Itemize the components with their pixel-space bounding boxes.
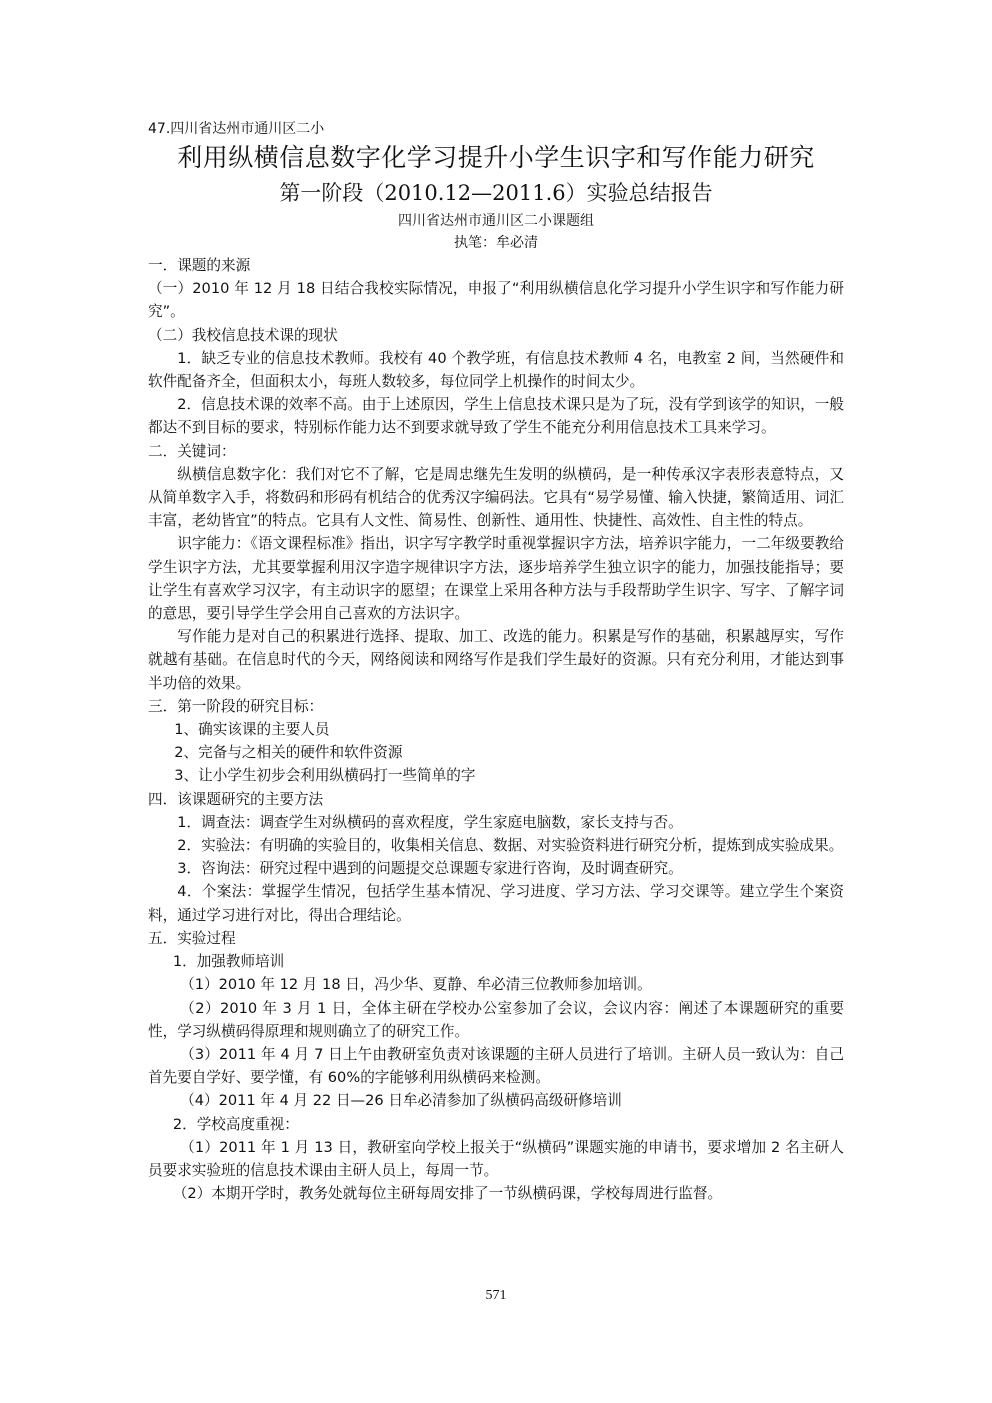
list-item: 3、让小学生初步会利用纵横码打一些简单的字 [148, 764, 844, 787]
section-heading: 二．关键词： [148, 440, 844, 463]
list-item: 2、完备与之相关的硬件和软件资源 [148, 741, 844, 764]
document-subtitle: 第一阶段（2010.12—2011.6）实验总结报告 [148, 176, 844, 210]
page-number: 571 [0, 1288, 992, 1304]
paragraph: （2）2010 年 3 月 1 日，全体主研在学校办公室参加了会议，会议内容：阐… [148, 997, 844, 1043]
subsection-heading: 2．学校高度重视： [148, 1113, 844, 1136]
paragraph: （2）本期开学时，教务处就每位主研每周安排了一节纵横码课，学校每周进行监督。 [148, 1182, 844, 1205]
paragraph: （4）2011 年 4 月 22 日—26 日牟必清参加了纵横码高级研修培训 [148, 1089, 844, 1112]
subsection-heading: 1．加强教师培训 [148, 950, 844, 973]
paragraph: （二）我校信息技术课的现状 [148, 324, 844, 347]
document-page: 47.四川省达州市通川区二小 利用纵横信息数字化学习提升小学生识字和写作能力研究… [148, 118, 844, 1205]
document-body: 一．课题的来源 （一）2010 年 12 月 18 日结合我校实际情况，申报了“… [148, 254, 844, 1205]
section-heading: 四．该课题研究的主要方法 [148, 788, 844, 811]
paragraph: 2．实验法：有明确的实验目的，收集相关信息、数据、对实验资料进行研究分析，提炼到… [148, 834, 844, 857]
section-heading: 五．实验过程 [148, 927, 844, 950]
paragraph: 纵横信息数字化：我们对它不了解，它是周忠继先生发明的纵横码，是一种传承汉字表形表… [148, 463, 844, 533]
paragraph: 写作能力是对自己的积累进行选择、提取、加工、改选的能力。积累是写作的基础，积累越… [148, 625, 844, 695]
paragraph: 2．信息技术课的效率不高。由于上述原因，学生上信息技术课只是为了玩，没有学到该学… [148, 393, 844, 439]
section-heading: 三．第一阶段的研究目标： [148, 695, 844, 718]
paragraph: （3）2011 年 4 月 7 日上午由教研室负责对该课题的主研人员进行了培训。… [148, 1043, 844, 1089]
author: 执笔：牟必清 [148, 232, 844, 254]
paragraph: （一）2010 年 12 月 18 日结合我校实际情况，申报了“利用纵横信息化学… [148, 277, 844, 323]
paragraph: 识字能力：《语文课程标准》指出，识字写字教学时重视掌握识字方法，培养识字能力，一… [148, 532, 844, 625]
paragraph: （1）2010 年 12 月 18 日，冯少华、夏静、牟必清三位教师参加培训。 [148, 973, 844, 996]
paragraph: （1）2011 年 1 月 13 日，教研室向学校上报关于“纵横码”课题实施的申… [148, 1136, 844, 1182]
organization: 四川省达州市通川区二小课题组 [148, 210, 844, 232]
source-label: 47.四川省达州市通川区二小 [148, 118, 844, 140]
paragraph: 4．个案法：掌握学生情况，包括学生基本情况、学习进度、学习方法、学习交课等。建立… [148, 880, 844, 926]
paragraph: 3．咨询法：研究过程中遇到的问题提交总课题专家进行咨询，及时调查研究。 [148, 857, 844, 880]
list-item: 1、确实该课的主要人员 [148, 718, 844, 741]
paragraph: 1．调查法：调查学生对纵横码的喜欢程度，学生家庭电脑数，家长支持与否。 [148, 811, 844, 834]
section-heading: 一．课题的来源 [148, 254, 844, 277]
paragraph: 1．缺乏专业的信息技术教师。我校有 40 个教学班，有信息技术教师 4 名，电教… [148, 347, 844, 393]
document-title: 利用纵横信息数字化学习提升小学生识字和写作能力研究 [148, 140, 844, 176]
